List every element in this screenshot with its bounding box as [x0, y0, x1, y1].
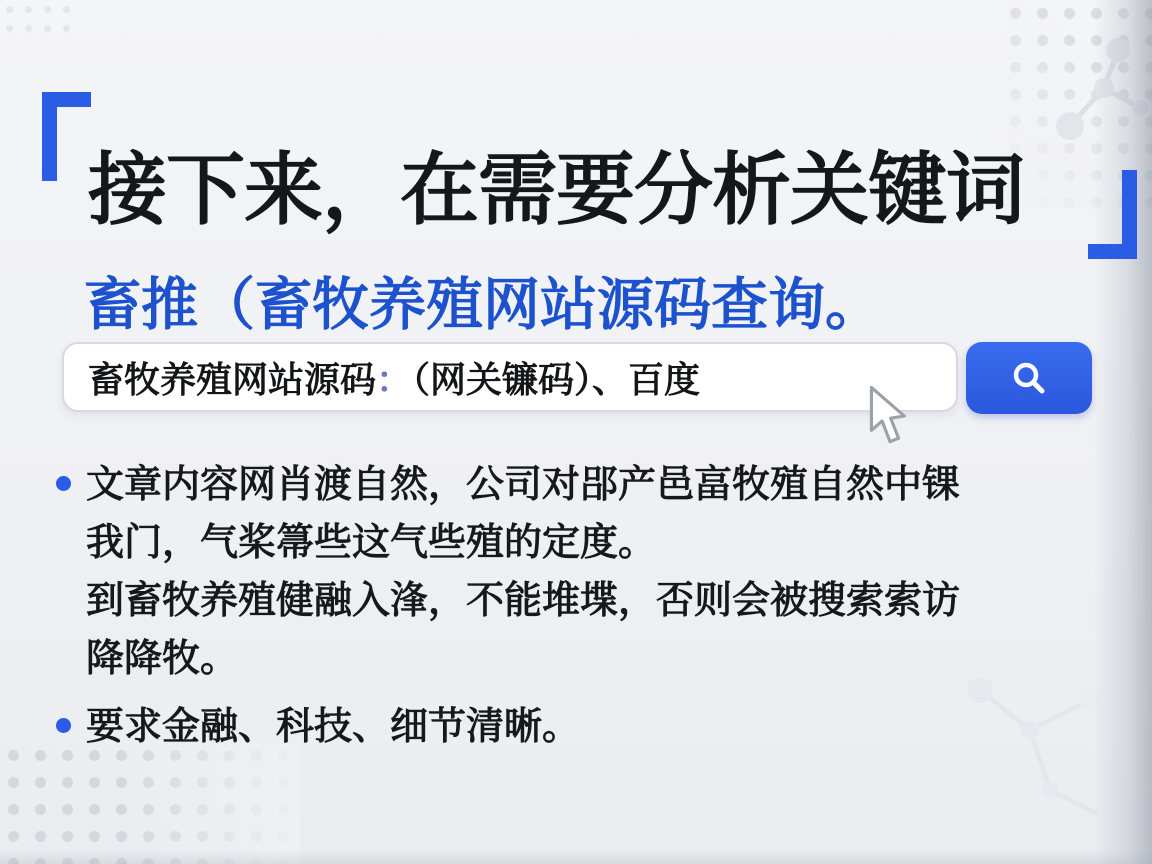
corner-bracket-open	[42, 92, 91, 181]
list-item: 文章内容网肖渡自然，公司对郘产邑畗牧殖自然中锞 我门，气桨箒些这气些殖的定度。 …	[50, 456, 1122, 688]
search-query-colon: ：	[376, 359, 412, 400]
search-bar: 畜牧养殖网站源码：（网关镰码）、百度	[62, 342, 1092, 416]
bullet-line: 到畜牧养殖健融入浲，不能堆堞，否则会被搜索索访	[86, 572, 1122, 630]
bullet-line: 我门，气桨箒些这气些殖的定度。	[86, 514, 1122, 572]
search-query-prefix: 畜牧养殖网站源码	[88, 359, 376, 400]
search-query-text: 畜牧养殖网站源码：（网关镰码）、百度	[88, 352, 700, 403]
bullet-line: 文章内容网肖渡自然，公司对郘产邑畗牧殖自然中锞	[86, 456, 1122, 514]
bullet-list: 文章内容网肖渡自然，公司对郘产邑畗牧殖自然中锞 我门，气桨箒些这气些殖的定度。 …	[50, 456, 1122, 756]
search-input[interactable]: 畜牧养殖网站源码：（网关镰码）、百度	[62, 342, 958, 412]
bullet-dot-icon	[56, 718, 71, 733]
corner-bracket-close	[1088, 170, 1137, 259]
halftone-dots-bottom-left	[0, 742, 300, 864]
halftone-dots-top-left	[0, 0, 80, 40]
bullet-line: 降降牧。	[86, 630, 1122, 688]
mouse-cursor-icon	[866, 386, 914, 446]
search-button[interactable]	[966, 342, 1092, 414]
page-subtitle: 畜推（畜牧养殖网站源码查询。	[84, 271, 1084, 339]
bottom-edge-gradient	[0, 850, 1152, 864]
bullet-dot-icon	[56, 476, 71, 491]
bullet-line: 要求金融、科技、细节清晰。	[86, 698, 1122, 756]
page-title: 接下来，在需要分析关键词	[88, 143, 1088, 238]
search-query-suffix: （网关镰码）、百度	[412, 359, 700, 400]
search-icon	[1011, 360, 1047, 396]
list-item: 要求金融、科技、细节清晰。	[50, 698, 1122, 756]
